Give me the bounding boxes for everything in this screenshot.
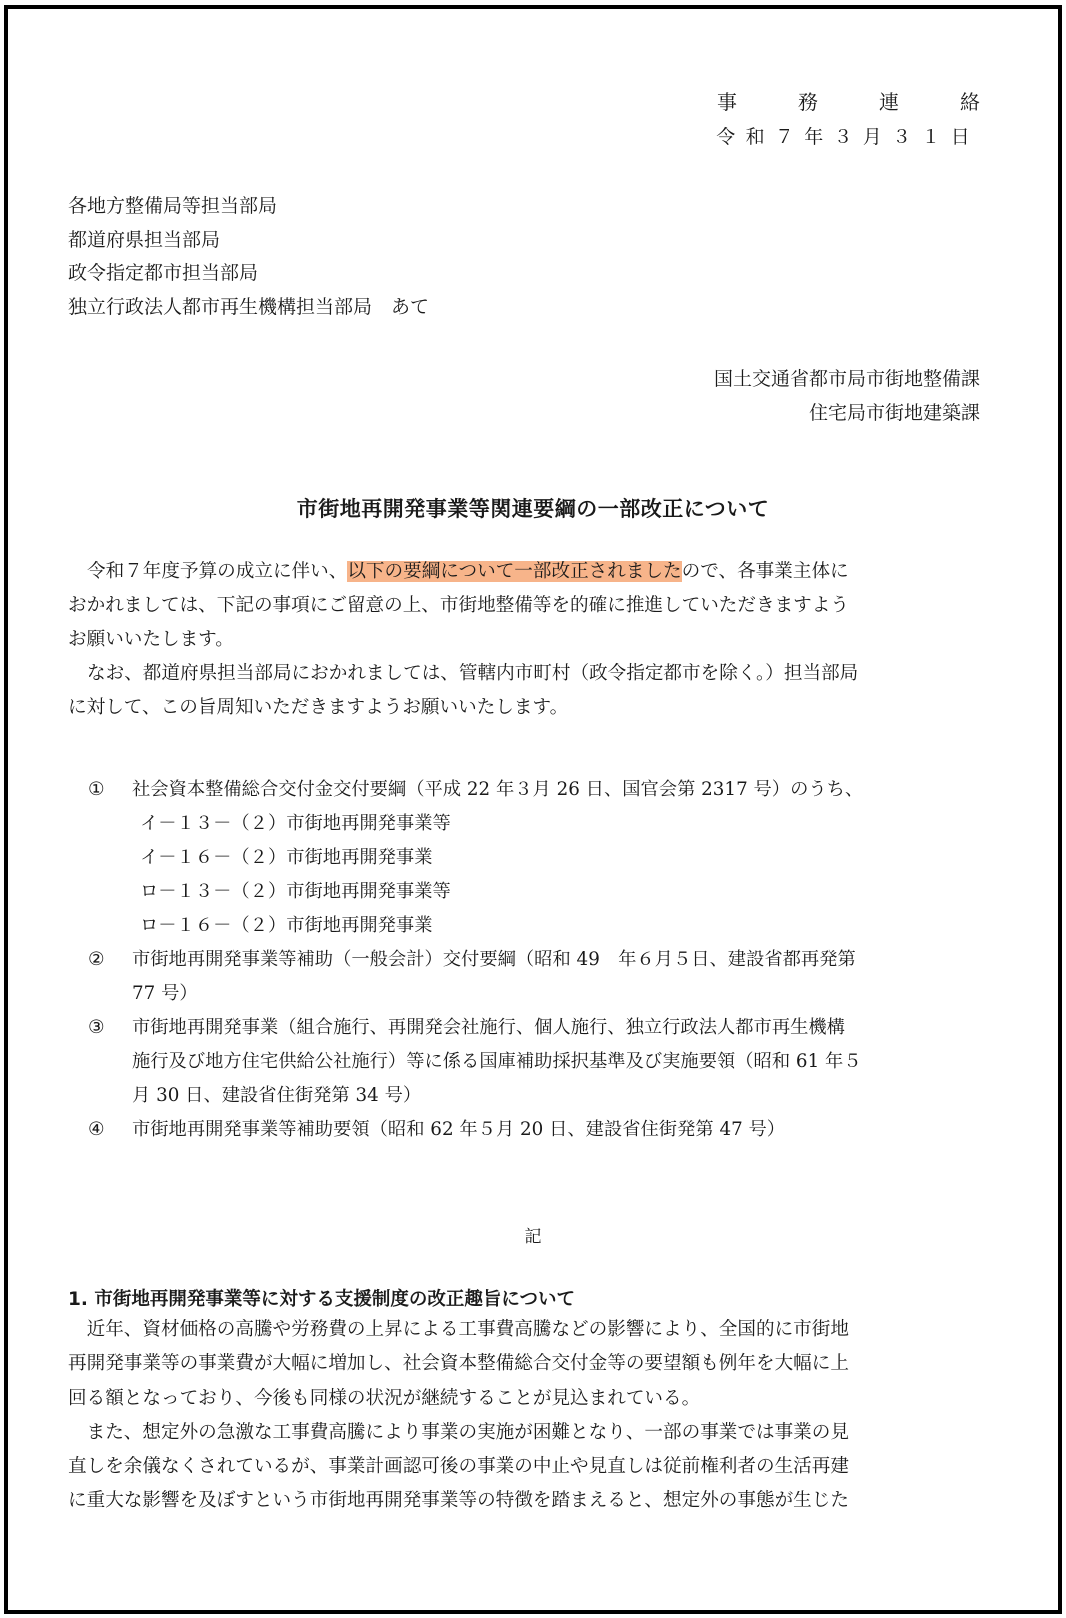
item-text: 市街地再開発事業等補助要領（昭和 62 年５月 20 日、建設省住街発第 47 … <box>132 1119 785 1140</box>
item-text: 社会資本整備総合交付金交付要綱（平成 22 年３月 26 日、国官会第 2317… <box>132 779 863 800</box>
highlighted-text: 以下の要綱について一部改正されました <box>347 561 681 582</box>
item-text-continued: 77 号） <box>88 977 863 1011</box>
item-number: ① <box>88 773 132 807</box>
doc-type-char: 絡 <box>899 86 980 115</box>
sender: 住宅局市街地建築課 <box>714 396 980 430</box>
document-title: 市街地再開発事業等関連要綱の一部改正について <box>0 493 1066 523</box>
intro-text: ので、各事業主体に <box>682 561 849 582</box>
addressee: 政令指定都市担当部局 <box>68 257 429 291</box>
intro-paragraph: 令和７年度予算の成立に伴い、以下の要綱について一部改正されましたので、各事業主体… <box>68 555 968 725</box>
regulation-item: ①社会資本整備総合交付金交付要綱（平成 22 年３月 26 日、国官会第 231… <box>88 773 863 807</box>
item-text: 市街地再開発事業等補助（一般会計）交付要綱（昭和 49 年６月５日、建設省都再発… <box>132 949 856 970</box>
addressee: 都道府県担当部局 <box>68 224 429 258</box>
intro-text: 令和７年度予算の成立に伴い、 <box>87 561 347 582</box>
section-heading: 1. 市街地再開発事業等に対する支援制度の改正趣旨について <box>68 1285 575 1311</box>
intro-line: おかれましては、下記の事項にご留意の上、市街地整備等を的確に推進していただきます… <box>68 589 968 623</box>
section-line: 再開発事業等の事業費が大幅に増加し、社会資本整備総合交付金等の要望額も例年を大幅… <box>68 1347 849 1381</box>
regulation-subitem: ロ－１３－（２）市街地再開発事業等 <box>88 875 863 909</box>
intro-line: お願いいたします。 <box>68 623 968 657</box>
intro-line: なお、都道府県担当部局におかれましては、管轄内市町村（政令指定都市を除く。）担当… <box>68 657 968 691</box>
item-number: ④ <box>88 1113 132 1147</box>
addressee: 各地方整備局等担当部局 <box>68 190 429 224</box>
sender-block: 国土交通省都市局市街地整備課 住宅局市街地建築課 <box>714 362 980 430</box>
document-type-label: 事 務 連 絡 <box>717 86 980 115</box>
item-number: ③ <box>88 1011 132 1045</box>
intro-line: に対して、この旨周知いただきますようお願いいたします。 <box>68 691 968 725</box>
section-line: に重大な影響を及ぼすという市街地再開発事業等の特徴を踏まえると、想定外の事態が生… <box>68 1484 849 1518</box>
section-line: 近年、資材価格の高騰や労務費の上昇による工事費高騰などの影響により、全国的に市街… <box>68 1313 849 1347</box>
item-number: ② <box>88 943 132 977</box>
regulation-item: ②市街地再開発事業等補助（一般会計）交付要綱（昭和 49 年６月５日、建設省都再… <box>88 943 863 977</box>
regulation-item: ④市街地再開発事業等補助要領（昭和 62 年５月 20 日、建設省住街発第 47… <box>88 1113 863 1147</box>
section-line: 回る額となっており、今後も同様の状況が継続することが見込まれている。 <box>68 1382 849 1416</box>
intro-line: 令和７年度予算の成立に伴い、以下の要綱について一部改正されましたので、各事業主体… <box>68 555 968 589</box>
addressee: 独立行政法人都市再生機構担当部局 あて <box>68 291 429 325</box>
regulation-list: ①社会資本整備総合交付金交付要綱（平成 22 年３月 26 日、国官会第 231… <box>88 773 863 1147</box>
doc-type-char: 事 <box>717 86 737 115</box>
doc-type-char: 連 <box>818 86 899 115</box>
section-line: 直しを余儀なくされているが、事業計画認可後の事業の中止や見直しは従前権利者の生活… <box>68 1450 849 1484</box>
regulation-item: ③市街地再開発事業（組合施行、再開発会社施行、個人施行、独立行政法人都市再生機構 <box>88 1011 863 1045</box>
item-text-continued: 施行及び地方住宅供給公社施行）等に係る国庫補助採択基準及び実施要領（昭和 61 … <box>88 1045 863 1079</box>
section-body: 近年、資材価格の高騰や労務費の上昇による工事費高騰などの影響により、全国的に市街… <box>68 1313 849 1519</box>
ki-marker: 記 <box>0 1222 1066 1247</box>
section-line: また、想定外の急激な工事費高騰により事業の実施が困難となり、一部の事業では事業の… <box>68 1416 849 1450</box>
item-text-continued: 月 30 日、建設省住街発第 34 号） <box>88 1079 863 1113</box>
sender: 国土交通省都市局市街地整備課 <box>714 362 980 396</box>
regulation-subitem: ロ－１６－（２）市街地再開発事業 <box>88 909 863 943</box>
doc-type-char: 務 <box>737 86 818 115</box>
regulation-subitem: イ－１３－（２）市街地再開発事業等 <box>88 807 863 841</box>
regulation-subitem: イ－１６－（２）市街地再開発事業 <box>88 841 863 875</box>
item-text: 市街地再開発事業（組合施行、再開発会社施行、個人施行、独立行政法人都市再生機構 <box>132 1017 845 1038</box>
addressee-list: 各地方整備局等担当部局 都道府県担当部局 政令指定都市担当部局 独立行政法人都市… <box>68 190 429 324</box>
document-date: 令和７年３月３１日 <box>716 122 980 149</box>
